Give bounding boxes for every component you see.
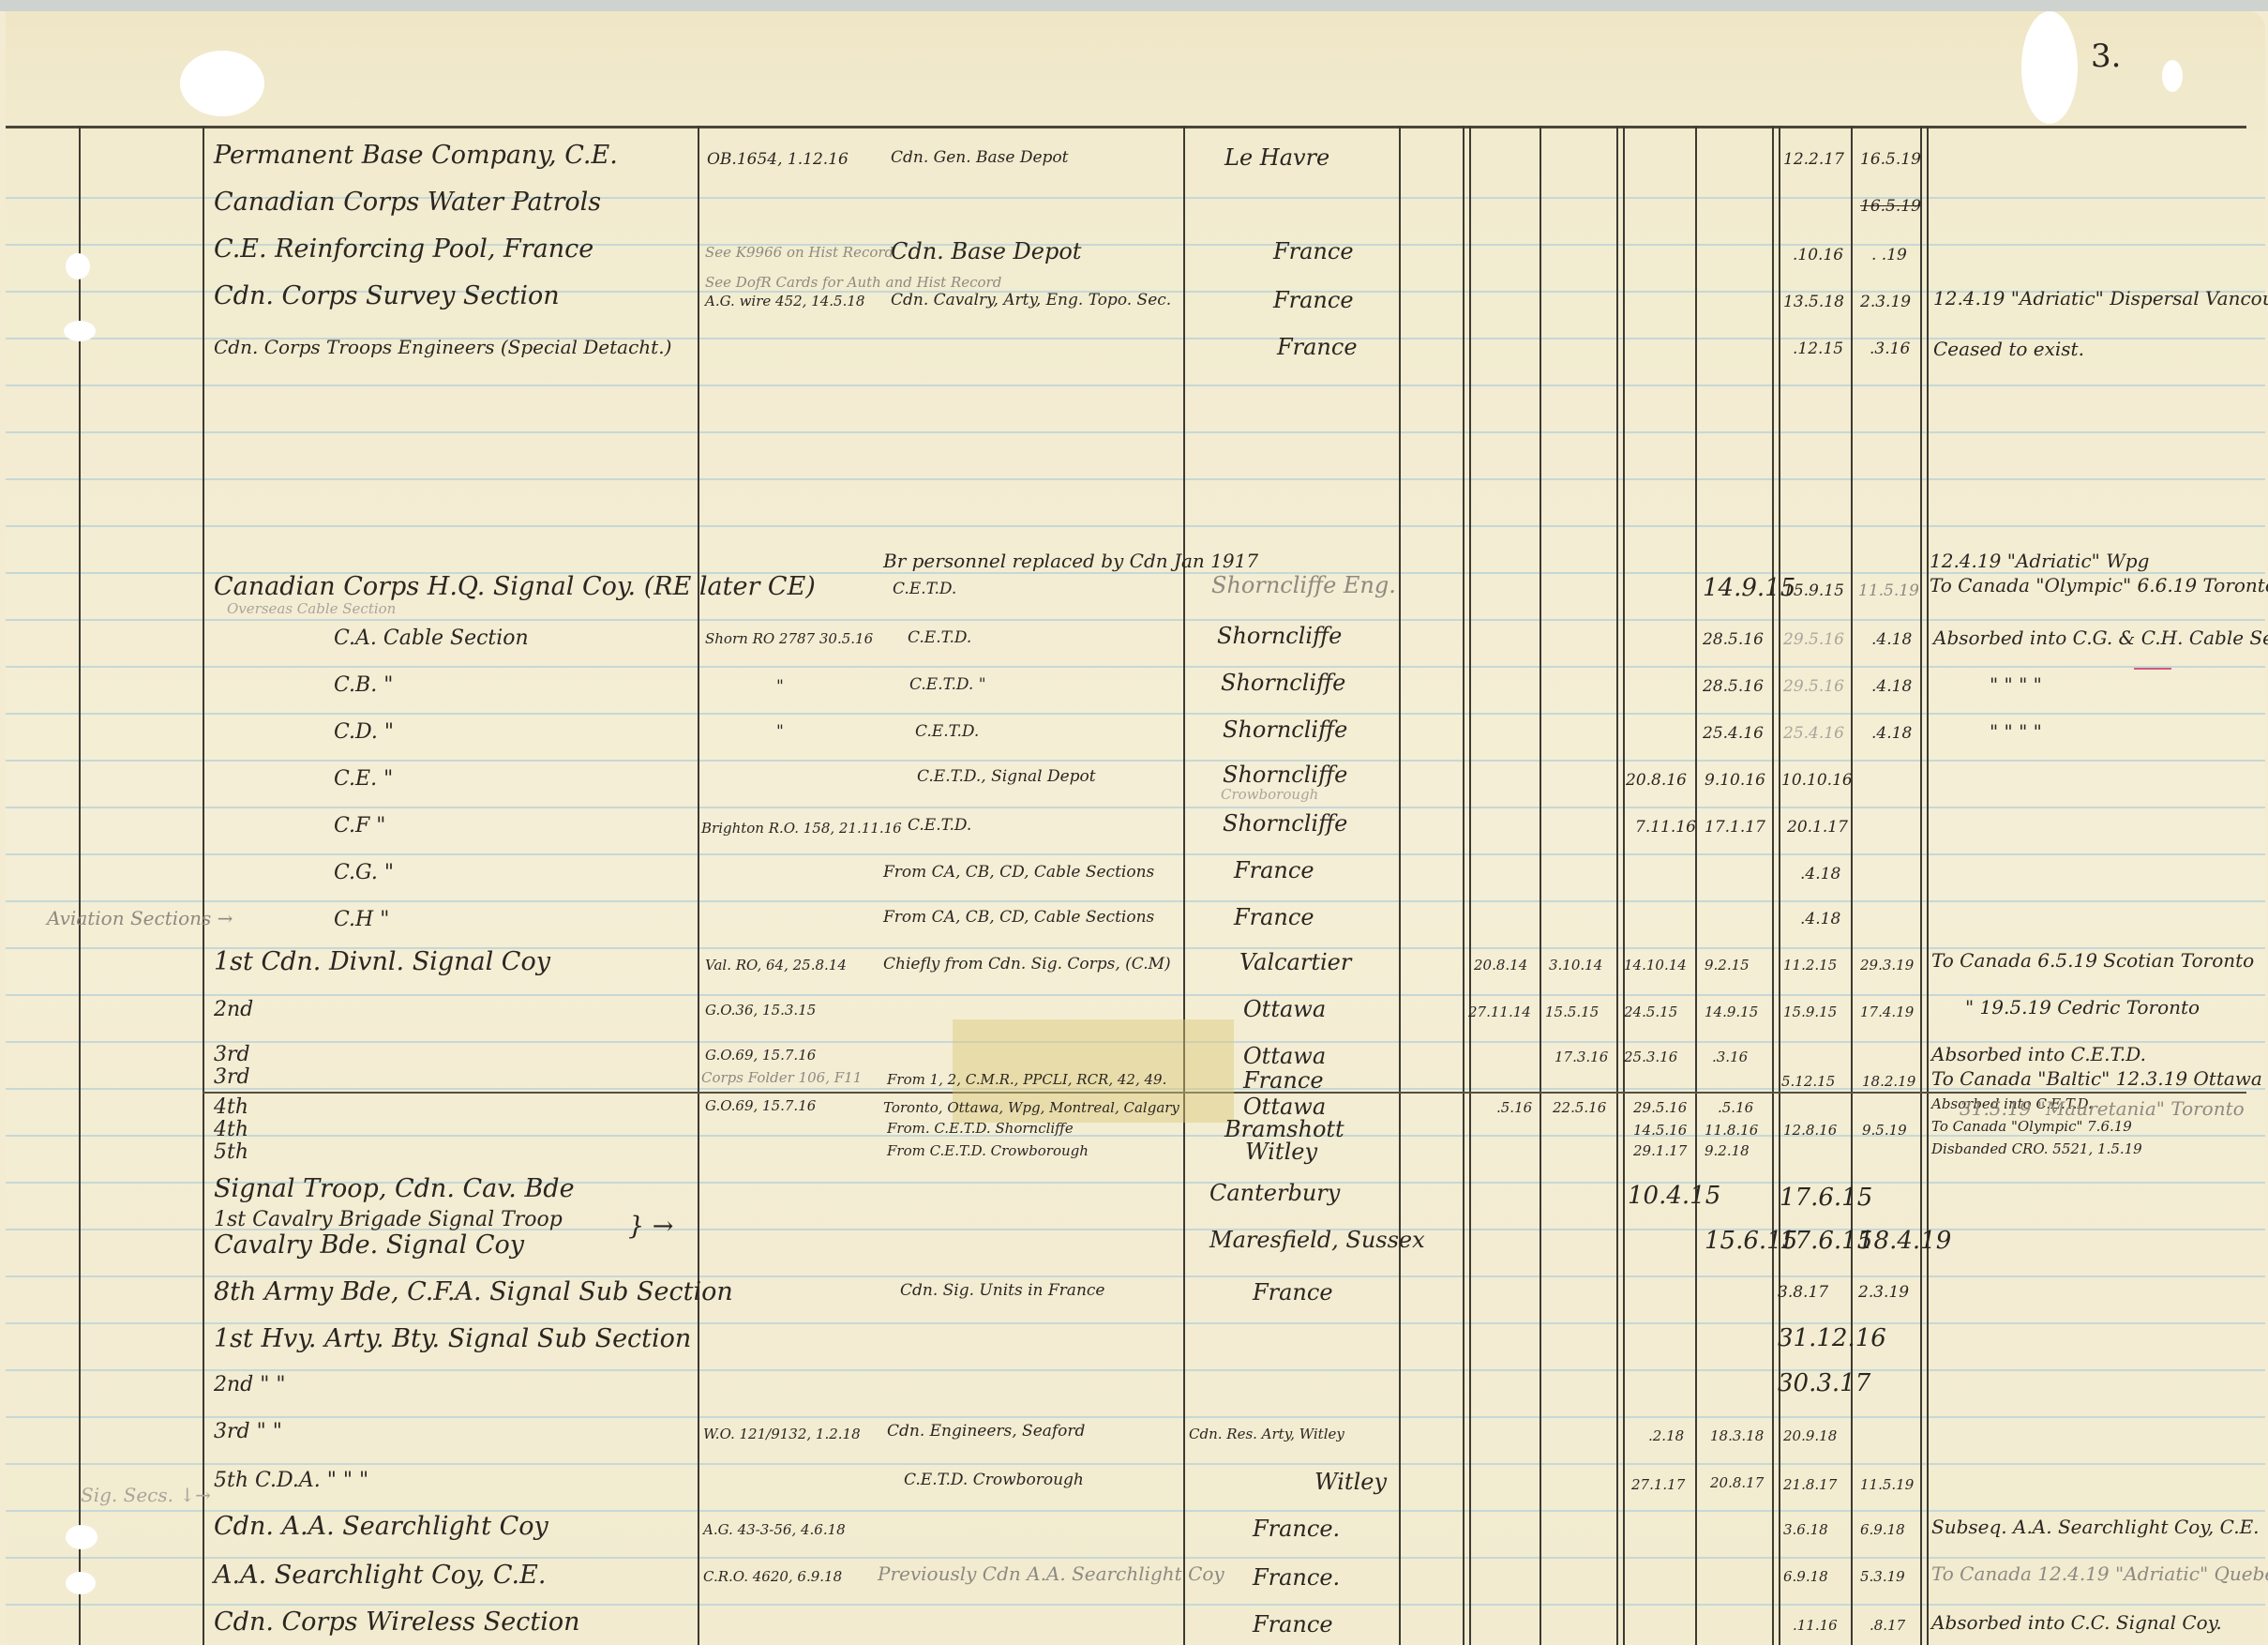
date-6: 2.3.19 <box>1858 1283 1909 1302</box>
source: Cdn. Cavalry, Arty, Eng. Topo. Sec. <box>891 291 1171 309</box>
unit-name: 1st Cdn. Divnl. Signal Coy <box>214 947 550 976</box>
date-3: 7.11.16 <box>1635 818 1696 837</box>
date-5: 29.5.16 <box>1783 630 1844 649</box>
remarks: To Canada "Baltic" 12.3.19 Ottawa <box>1931 1067 2262 1090</box>
source: Cdn. Sig. Units in France <box>900 1281 1104 1300</box>
date-3: 14.10.14 <box>1624 957 1687 973</box>
authority: A.G. wire 452, 14.5.18 <box>705 293 864 309</box>
date-3: 29.1.17 <box>1633 1142 1687 1159</box>
date-5: .4.18 <box>1800 865 1840 883</box>
place: Witley <box>1245 1139 1317 1165</box>
column-rule <box>1616 126 1625 1645</box>
place: France. <box>1253 1564 1340 1591</box>
source: From CA, CB, CD, Cable Sections <box>883 863 1154 882</box>
date-5: 5.12.15 <box>1781 1073 1835 1090</box>
remarks: Absorbed into C.G. & C.H. Cable Secs. <box>1933 626 2268 649</box>
column-rule <box>203 126 204 1645</box>
place: France <box>1243 1067 1324 1094</box>
source: From. C.E.T.D. Shorncliffe <box>887 1120 1074 1137</box>
place: Witley <box>1314 1469 1387 1495</box>
punch-hole <box>66 253 90 279</box>
date-6: 17.4.19 <box>1860 1004 1914 1020</box>
place: Maresfield, Sussex <box>1209 1227 1425 1253</box>
date-4: 14.9.15 <box>1703 574 1795 602</box>
date-5: 21.8.17 <box>1783 1476 1837 1493</box>
authority: C.R.O. 4620, 6.9.18 <box>703 1568 842 1585</box>
date-1: 20.8.14 <box>1474 957 1527 973</box>
authority: OB.1654, 1.12.16 <box>707 150 849 169</box>
column-rule <box>1399 126 1401 1645</box>
margin-note-aviation: Aviation Sections → <box>47 907 233 929</box>
date-6: .4.18 <box>1871 677 1912 696</box>
unit-name: 3rd " " <box>214 1420 282 1443</box>
date-4: .5.16 <box>1718 1099 1753 1116</box>
date-4: 9.10.16 <box>1705 771 1765 790</box>
date-4: 25.4.16 <box>1703 724 1764 743</box>
unit-name: 2nd <box>214 998 253 1021</box>
date-6: .3.16 <box>1870 340 1910 358</box>
date-3: 10.4.15 <box>1628 1182 1720 1210</box>
unit-name: 2nd " " <box>214 1373 285 1396</box>
unit-name: Cdn. Corps Troops Engineers (Special Det… <box>214 336 671 358</box>
authority: See K9966 on Hist Record <box>705 244 894 261</box>
date-6: 11.5.19 <box>1860 1476 1914 1493</box>
date-4: 17.1.17 <box>1705 818 1765 837</box>
authority-note: See DofR Cards for Auth and Hist Record <box>705 274 1001 291</box>
unit-name: 5th C.D.A. " " " <box>214 1469 368 1492</box>
unit-name: 8th Army Bde, C.F.A. Signal Sub Section <box>214 1277 733 1306</box>
source: C.E.T.D. " <box>909 675 986 694</box>
place: France <box>1234 857 1314 883</box>
date-5: 30.3.17 <box>1778 1369 1870 1397</box>
punch-hole <box>66 1572 96 1594</box>
unit-name: Permanent Base Company, C.E. <box>214 141 618 170</box>
source: From 1, 2, C.M.R., PPCLI, RCR, 42, 49. <box>887 1071 1166 1088</box>
place: France <box>1273 238 1354 264</box>
red-pencil-mark <box>2134 668 2171 670</box>
remarks: " " " " <box>1990 673 2042 696</box>
date-4: 11.8.16 <box>1705 1122 1758 1139</box>
source: C.E.T.D. Crowborough <box>904 1471 1084 1489</box>
place: Shorncliffe <box>1223 762 1347 788</box>
source: Cdn. Base Depot <box>891 238 1081 264</box>
place: Shorncliffe <box>1223 810 1347 837</box>
punch-hole <box>66 1525 98 1549</box>
scan-top-border <box>0 0 2268 11</box>
unit-name: C.A. Cable Section <box>334 626 529 650</box>
column-rule <box>1540 126 1541 1645</box>
place: Ottawa <box>1243 1043 1326 1069</box>
column-rule <box>1695 126 1697 1645</box>
place: France <box>1234 904 1314 930</box>
unit-name: C.F " <box>334 814 385 838</box>
source: Previously Cdn A.A. Searchlight Coy <box>878 1562 1224 1585</box>
date-4: 9.2.18 <box>1705 1142 1750 1159</box>
unit-name: Cdn. A.A. Searchlight Coy <box>214 1512 548 1541</box>
source: Cdn. Engineers, Seaford <box>887 1422 1085 1441</box>
column-rule <box>1772 126 1780 1645</box>
authority: " <box>776 677 784 696</box>
place: France <box>1273 287 1354 313</box>
date-4: 18.3.18 <box>1710 1427 1764 1444</box>
remarks: Disbanded CRO. 5521, 1.5.19 <box>1931 1140 2142 1157</box>
date-5: 11.2.15 <box>1783 957 1837 973</box>
date-5: .4.18 <box>1800 910 1840 928</box>
date-5: 6.9.18 <box>1783 1568 1828 1585</box>
remarks: To Canada 12.4.19 "Adriatic" Quebec <box>1931 1562 2268 1585</box>
remarks: To Canada "Olympic" 7.6.19 <box>1931 1118 2132 1135</box>
date-4: 28.5.16 <box>1703 630 1764 649</box>
date-6: 5.3.19 <box>1860 1568 1905 1585</box>
source: C.E.T.D. <box>908 816 971 835</box>
authority: A.G. 43-3-56, 4.6.18 <box>703 1521 846 1538</box>
punch-hole <box>2162 60 2183 92</box>
source: From C.E.T.D. Crowborough <box>887 1142 1089 1159</box>
remarks: Subseq. A.A. Searchlight Coy, C.E. <box>1931 1516 2260 1538</box>
date-5: 20.9.18 <box>1783 1427 1837 1444</box>
unit-sub-note: Overseas Cable Section <box>227 600 396 617</box>
unit-name: Canadian Corps Water Patrols <box>214 188 601 217</box>
remarks: 12.4.19 "Adriatic" Dispersal Vancouver <box>1933 287 2268 309</box>
bracket-arrow: } → <box>628 1212 673 1241</box>
date-4: 14.9.15 <box>1705 1004 1758 1020</box>
date-6: .4.18 <box>1871 724 1912 743</box>
date-5: 10.10.16 <box>1781 771 1853 790</box>
authority: Shorn RO 2787 30.5.16 <box>705 630 873 647</box>
place: France. <box>1253 1516 1340 1542</box>
date-4: 28.5.16 <box>1703 677 1764 696</box>
authority: G.O.36, 15.3.15 <box>705 1002 816 1019</box>
place: Ottawa <box>1243 996 1326 1022</box>
date-3: 14.5.16 <box>1633 1122 1687 1139</box>
date-5: .11.16 <box>1793 1617 1838 1634</box>
source: C.E.T.D. <box>915 722 979 741</box>
place-note: Crowborough <box>1221 786 1318 803</box>
column-rule <box>1183 126 1185 1645</box>
column-rule <box>698 126 699 1645</box>
date-5: 15.9.15 <box>1783 1004 1837 1020</box>
header-rule <box>6 126 2246 128</box>
place: Shorncliffe Eng. <box>1211 572 1396 598</box>
remarks: To Canada "Olympic" 6.6.19 Toronto <box>1930 574 2268 596</box>
date-3: 29.5.16 <box>1633 1099 1687 1116</box>
date-5: .12.15 <box>1793 340 1843 358</box>
unit-name: 3rd <box>214 1065 250 1089</box>
date-6: 11.5.19 <box>1858 581 1919 600</box>
unit-name: Cavalry Bde. Signal Coy <box>214 1230 524 1260</box>
date-6: 18.2.19 <box>1862 1073 1915 1090</box>
remarks: " 19.5.19 Cedric Toronto <box>1965 996 2200 1019</box>
unit-name: 4th <box>214 1095 248 1119</box>
unit-name: Cdn. Corps Survey Section <box>214 281 560 310</box>
remarks-above: 31.5.19 "Mauretania" Toronto <box>1960 1097 2245 1120</box>
unit-name: C.B. " <box>334 673 393 697</box>
place: Canterbury <box>1209 1180 1340 1206</box>
date-5: 29.5.16 <box>1783 677 1844 696</box>
remarks: Ceased to exist. <box>1933 338 2084 360</box>
place: Shorncliffe <box>1223 717 1347 743</box>
source: C.E.T.D. <box>893 580 956 598</box>
page-number: 3. <box>2091 38 2121 75</box>
margin-note-sig-secs: Sig. Secs. ↓→ <box>81 1484 211 1506</box>
unit-name: C.D. " <box>334 720 394 744</box>
unit-name: C.E. Reinforcing Pool, France <box>214 234 593 264</box>
date-5: 15.9.15 <box>1783 581 1844 600</box>
punch-hole <box>180 51 264 116</box>
date-5: 12.2.17 <box>1783 150 1844 169</box>
date-4: .3.16 <box>1712 1049 1748 1065</box>
remarks: Absorbed into C.E.T.D. <box>1931 1043 2146 1065</box>
date-4: 20.8.17 <box>1710 1474 1764 1491</box>
date-3: 20.8.16 <box>1626 771 1687 790</box>
date-6: . .19 <box>1871 246 1907 264</box>
date-2: 3.10.14 <box>1549 957 1602 973</box>
place: Valcartier <box>1239 949 1351 975</box>
unit-name: 4th <box>214 1118 248 1141</box>
remarks: To Canada 6.5.19 Scotian Toronto <box>1931 949 2254 972</box>
date-1: 27.11.14 <box>1468 1004 1531 1020</box>
place: France <box>1277 334 1358 360</box>
date-5: 25.4.16 <box>1783 724 1844 743</box>
unit-name: 1st Hvy. Arty. Bty. Signal Sub Section <box>214 1324 691 1353</box>
source: C.E.T.D. <box>908 628 971 647</box>
date-6: 6.9.18 <box>1860 1521 1905 1538</box>
source: Toronto, Ottawa, Wpg, Montreal, Calgary <box>883 1099 1179 1116</box>
date-2: 15.5.15 <box>1545 1004 1599 1020</box>
source: Cdn. Gen. Base Depot <box>891 148 1069 167</box>
date-2: 22.5.16 <box>1553 1099 1606 1116</box>
place: Shorncliffe <box>1217 623 1342 649</box>
date-6: 18.4.19 <box>1858 1227 1951 1255</box>
authority: G.O.69, 15.7.16 <box>705 1097 816 1114</box>
authority: Val. RO, 64, 25.8.14 <box>705 957 847 973</box>
unit-name: Canadian Corps H.Q. Signal Coy. (RE late… <box>214 572 816 601</box>
date-6: .4.18 <box>1871 630 1912 649</box>
unit-name: C.G. " <box>334 861 394 884</box>
unit-name: Signal Troop, Cdn. Cav. Bde <box>214 1174 575 1203</box>
authority: " <box>776 722 784 741</box>
date-2: 17.3.16 <box>1555 1049 1608 1065</box>
unit-name: 5th <box>214 1140 248 1164</box>
date-5: 3.6.18 <box>1783 1521 1828 1538</box>
source: Chiefly from Cdn. Sig. Corps, (C.M) <box>883 955 1171 973</box>
date-5: .10.16 <box>1793 246 1843 264</box>
ledger-page: 3. Aviation Sections → Sig. Secs. ↓→ Per… <box>6 11 2265 1645</box>
date-6: .8.17 <box>1870 1617 1905 1634</box>
date-3: .2.18 <box>1648 1427 1684 1444</box>
date-1: .5.16 <box>1496 1099 1532 1116</box>
place: Cdn. Res. Arty, Witley <box>1189 1426 1344 1442</box>
date-5: 13.5.18 <box>1783 293 1844 311</box>
place: Le Havre <box>1224 144 1329 171</box>
date-6: 16.5.19 <box>1860 150 1921 169</box>
date-5: 20.1.17 <box>1787 818 1848 837</box>
authority: W.O. 121/9132, 1.2.18 <box>703 1426 861 1442</box>
authority: Corps Folder 106, F11 <box>701 1069 862 1086</box>
date-6-struck: 16.5.19 <box>1860 197 1921 216</box>
authority: Brighton R.O. 158, 21.11.16 <box>701 820 902 837</box>
unit-name: C.H " <box>334 908 389 931</box>
place: France <box>1253 1279 1333 1305</box>
date-5: 17.6.15 <box>1780 1184 1872 1212</box>
date-3: 24.5.15 <box>1624 1004 1677 1020</box>
date-6: 2.3.19 <box>1860 293 1911 311</box>
authority: G.O.69, 15.7.16 <box>705 1047 816 1064</box>
source-note: Br personnel replaced by Cdn Jan 1917 <box>883 550 1258 572</box>
date-5: 12.8.16 <box>1783 1122 1837 1139</box>
column-rule <box>1463 126 1471 1645</box>
remarks: " " " " <box>1990 720 2042 743</box>
date-3: 25.3.16 <box>1624 1049 1677 1065</box>
date-4: 9.2.15 <box>1705 957 1750 973</box>
unit-name: A.A. Searchlight Coy, C.E. <box>214 1561 546 1590</box>
date-5: 3.8.17 <box>1778 1283 1828 1302</box>
unit-name: 1st Cavalry Brigade Signal Troop <box>214 1208 563 1231</box>
date-5: 31.12.16 <box>1778 1324 1886 1352</box>
date-6: 29.3.19 <box>1860 957 1914 973</box>
unit-name: C.E. " <box>334 767 393 791</box>
column-rule <box>1851 126 1853 1645</box>
remarks: Absorbed into C.C. Signal Coy. <box>1931 1611 2222 1634</box>
column-rule <box>1920 126 1929 1645</box>
column-rule <box>79 126 81 1645</box>
date-3: 27.1.17 <box>1631 1476 1685 1493</box>
place: Shorncliffe <box>1221 670 1345 696</box>
date-6: 9.5.19 <box>1862 1122 1907 1139</box>
punch-hole <box>2021 11 2078 124</box>
punch-hole <box>64 321 96 341</box>
unit-name: 3rd <box>214 1043 250 1066</box>
source: From CA, CB, CD, Cable Sections <box>883 908 1154 927</box>
remarks-above: 12.4.19 "Adriatic" Wpg <box>1930 550 2149 572</box>
source: C.E.T.D., Signal Depot <box>917 767 1096 786</box>
unit-name: Cdn. Corps Wireless Section <box>214 1607 579 1637</box>
place: France <box>1253 1611 1333 1637</box>
